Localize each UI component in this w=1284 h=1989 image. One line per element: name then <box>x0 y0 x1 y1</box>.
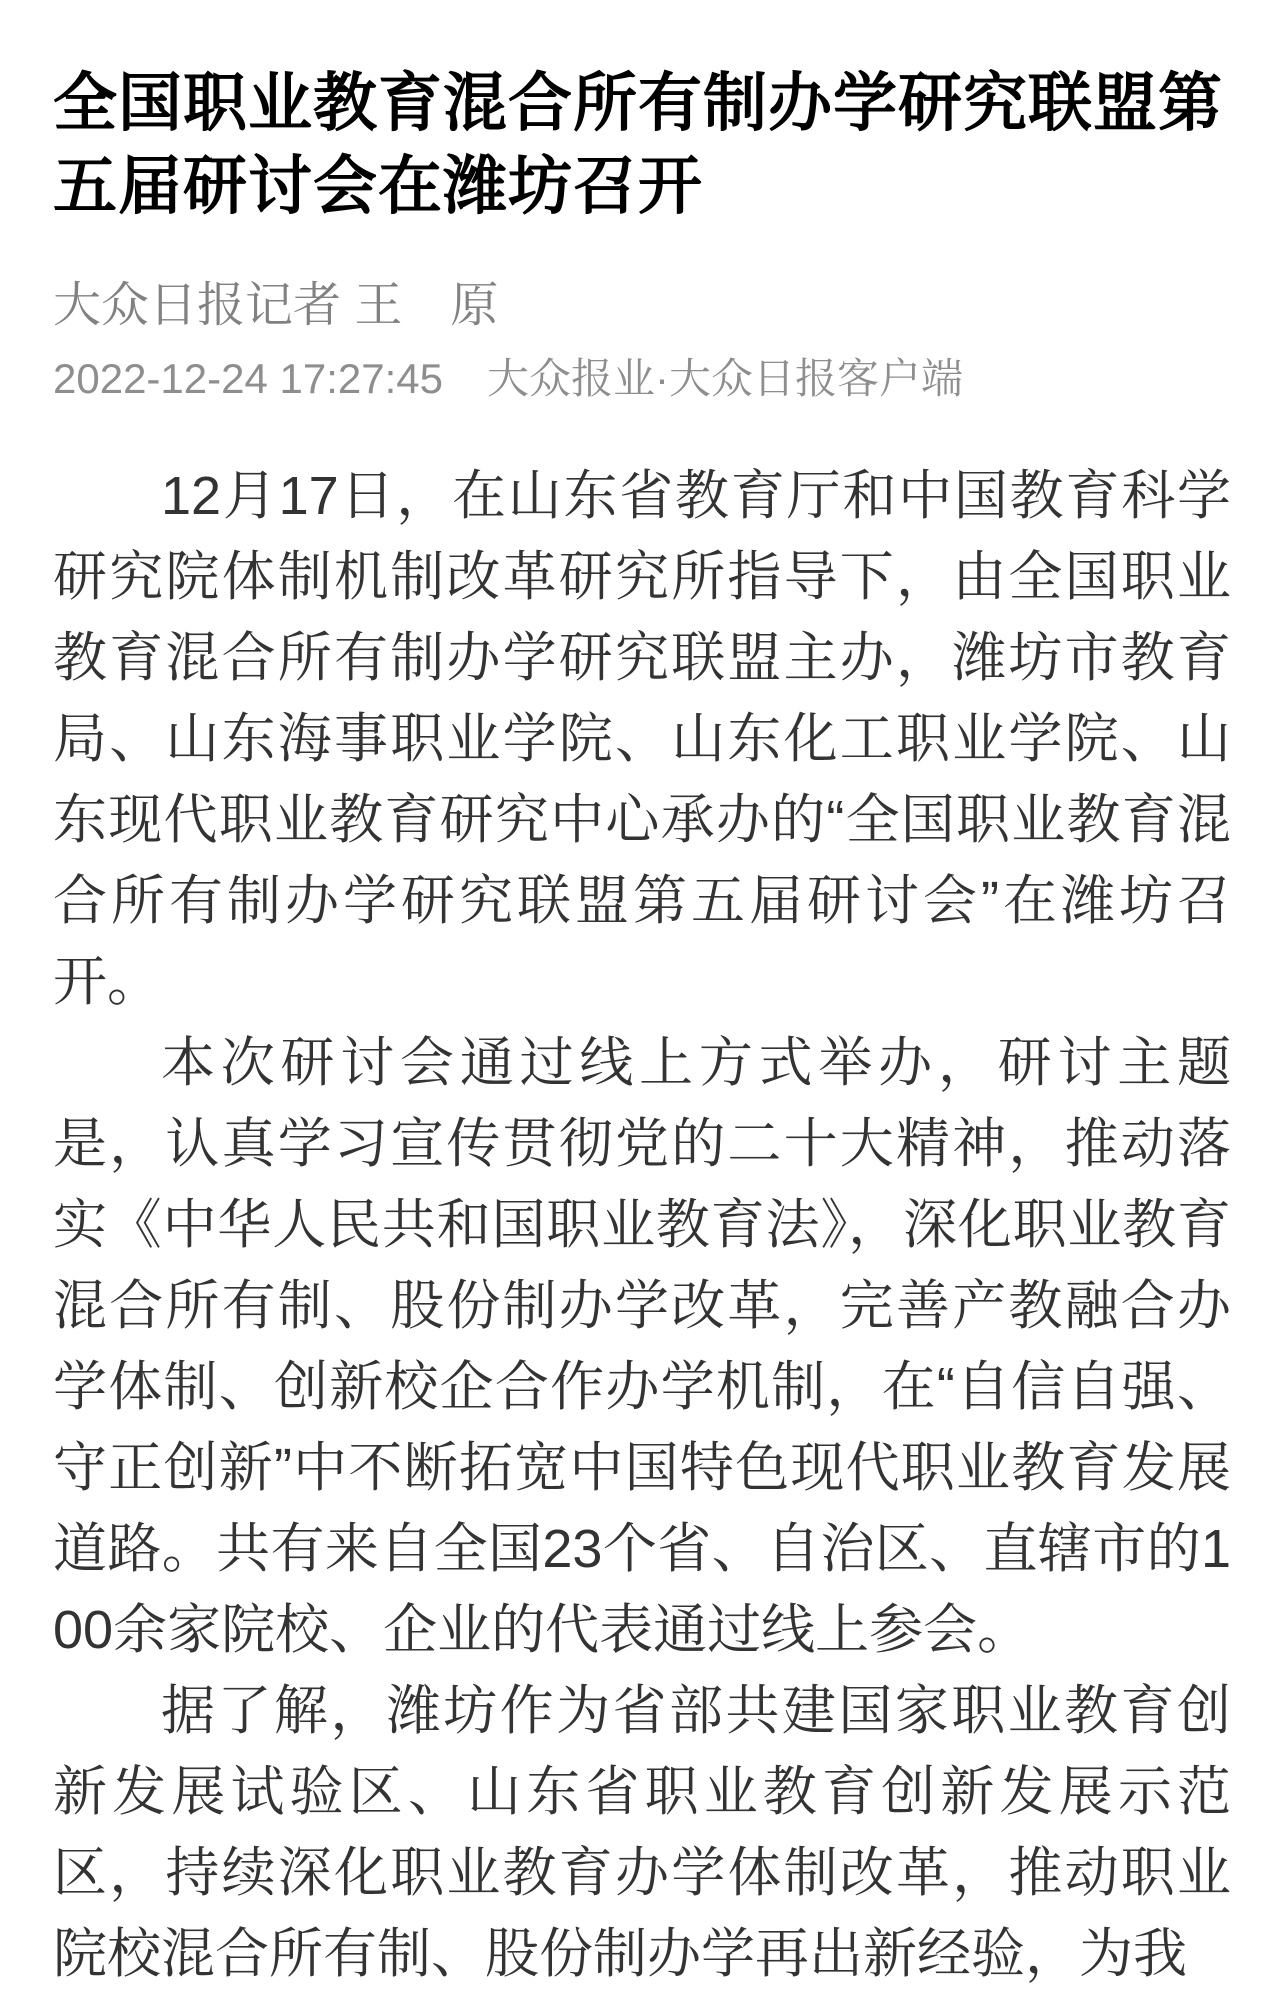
publish-timestamp: 2022-12-24 17:27:45 <box>53 355 443 402</box>
article-title: 全国职业教育混合所有制办学研究联盟第五届研讨会在潍坊召开 <box>53 62 1231 228</box>
article-paragraph: 12月17日，在山东省教育厅和中国教育科学研究院体制机制改革研究所指导下，由全国… <box>53 456 1231 1023</box>
article-body: 12月17日，在山东省教育厅和中国教育科学研究院体制机制改革研究所指导下，由全国… <box>53 456 1231 1989</box>
article-byline: 大众日报记者 王 原 <box>53 276 1231 336</box>
article-meta-row: 2022-12-24 17:27:45大众报业·大众日报客户端 <box>53 352 1231 406</box>
article-page: 全国职业教育混合所有制办学研究联盟第五届研讨会在潍坊召开 大众日报记者 王 原 … <box>0 0 1284 1989</box>
source-label: 大众报业·大众日报客户端 <box>487 355 963 402</box>
article-paragraph: 据了解，潍坊作为省部共建国家职业教育创新发展试验区、山东省职业教育创新发展示范区… <box>53 1671 1231 1989</box>
article-paragraph: 本次研讨会通过线上方式举办，研讨主题是，认真学习宣传贯彻党的二十大精神，推动落实… <box>53 1023 1231 1671</box>
